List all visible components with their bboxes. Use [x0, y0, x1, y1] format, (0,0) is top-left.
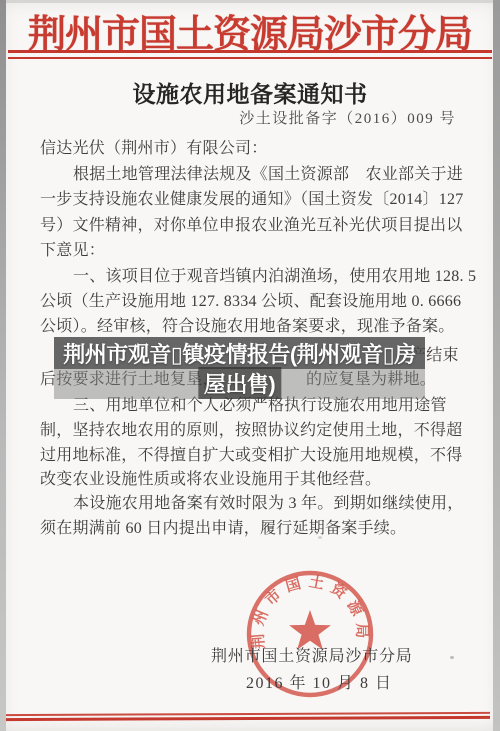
header-rule — [8, 50, 492, 59]
caption-overlay: 荆州市观音▯镇疫情报告(荆州观音▯房 屋出售) — [54, 337, 425, 399]
caption-line-1: 荆州市观音▯镇疫情报告(荆州观音▯房 — [54, 337, 425, 369]
caption-line-2: 屋出售) — [198, 367, 281, 399]
scan-edge-left — [0, 0, 6, 731]
body-line: 公顷（生产设施用地 127. 8334 公顷、配套设施用地 0. 6666 — [40, 292, 461, 312]
bottom-rule — [2, 712, 490, 721]
document-number: 沙土设批备字（2016）009 号 — [239, 107, 456, 128]
scanned-document-page: 荆州市国土资源局沙市分局 设施农用地备案通知书 沙土设批备字（2016）009 … — [0, 0, 500, 731]
caption-text-1: 荆州市观音▯镇疫情报告(荆州观音▯房 — [63, 338, 416, 369]
scan-edge-right — [493, 0, 500, 731]
body-line: 三、用地单位和个人必须严格执行设施农用地用途管 — [40, 396, 447, 416]
body-line: 过用地标准，不得擅自扩大或变相扩大设施用地规模，不得 — [40, 446, 463, 466]
date: 2016 年 10 月 8 日 — [246, 670, 393, 693]
body-line: 公顷）。经审核，符合设施农用地备案要求，现准予备案。 — [40, 317, 455, 337]
caption-text-2: 屋出售) — [204, 368, 275, 399]
body-line-salutation: 信达光伏（荆州市）有限公司： — [40, 139, 268, 159]
body-line: 一、该项目位于观音垱镇内泊湖渔场，使用农用地 128. 5 — [40, 267, 476, 287]
body-line: 改变农业设施性质或将农业设施用于其他经营。 — [40, 470, 381, 490]
body-line: 根据土地管理法律法规及《国土资源部 农业部关于进 — [40, 165, 463, 185]
body-line: 本设施农用地备案有效时限为 3 年。到期如继续使用， — [40, 494, 464, 514]
document-title: 设施农用地备案通知书 — [0, 76, 500, 109]
body-line: 号）文件精神，对你单位申报农业渔光互补光伏项目提出以 — [40, 216, 463, 236]
body-line: 制，坚持农地农用的原则，按照协议约定使用土地，不得超 — [40, 421, 463, 441]
signature: 荆州市国土资源局沙市分局 — [211, 643, 421, 666]
body-line: 一步支持设施农业健康发展的通知》（国土资发〔2014〕127 — [40, 190, 464, 210]
scan-speck — [450, 656, 454, 659]
body-line: 须在期满前 60 日内提出申请，履行延期备案手续。 — [40, 519, 406, 539]
scan-speck — [318, 536, 322, 539]
body-line: 下意见： — [40, 241, 105, 261]
